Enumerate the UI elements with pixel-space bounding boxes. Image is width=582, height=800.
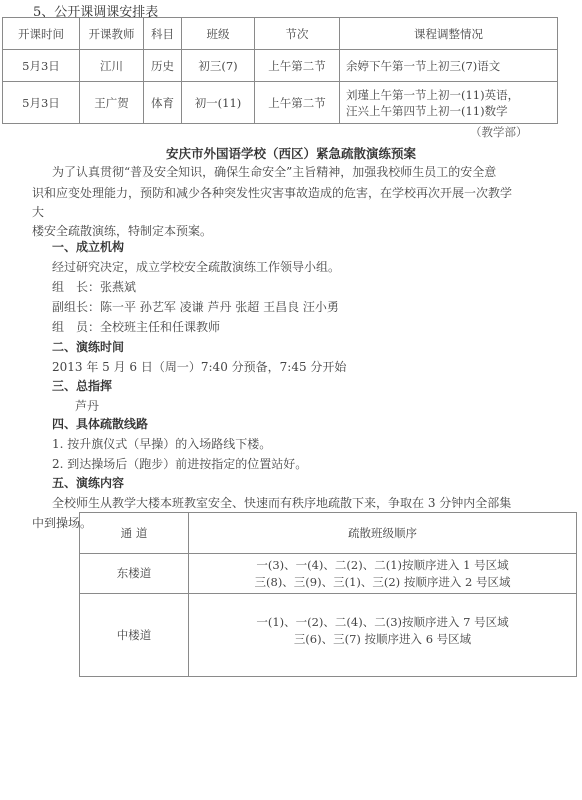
table-row: 东楼道 一(3)、一(4)、二(2)、二(1)按顺序进入 1 号区域 三(8)、… xyxy=(80,554,577,594)
adjustment-line: 余婷下午第一节上初三(7)语文 xyxy=(346,59,500,73)
section-text: 经过研究决定，成立学校安全疏散演练工作领导小组。 xyxy=(52,258,340,275)
header-cell: 疏散班级顺序 xyxy=(189,513,577,554)
cell-period: 上午第二节 xyxy=(255,50,340,82)
table-row: 5月3日 江川 历史 初三(7) 上午第二节 余婷下午第一节上初三(7)语文 xyxy=(3,50,558,82)
intro-line: 楼安全疏散演练，特制定本预案。 xyxy=(32,222,212,239)
table-row: 中楼道 一(1)、一(2)、二(4)、二(3)按顺序进入 7 号区域 三(6)、… xyxy=(80,594,577,677)
intro-line: 大 xyxy=(32,203,44,220)
header-cell: 班级 xyxy=(182,18,255,50)
cell-period: 上午第二节 xyxy=(255,82,340,124)
section-heading: 一、成立机构 xyxy=(52,238,124,255)
intro-line: 识和应变处理能力，预防和减少各种突发性灾害事故造成的危害，在学校再次开展一次教学 xyxy=(32,184,512,201)
section-text: 2013 年 5 月 6 日（周一）7:40 分预备，7:45 分开始 xyxy=(52,358,346,375)
table-header-row: 开课时间 开课教师 科目 班级 节次 课程调整情况 xyxy=(3,18,558,50)
header-cell: 通 道 xyxy=(80,513,189,554)
cell-date: 5月3日 xyxy=(3,82,80,124)
department-signature: （教学部） xyxy=(470,124,528,140)
section-heading: 五、演练内容 xyxy=(52,474,124,491)
header-cell: 课程调整情况 xyxy=(340,18,558,50)
section-heading: 二、演练时间 xyxy=(52,338,124,355)
cell-teacher: 江川 xyxy=(80,50,144,82)
cell-order: 一(1)、一(2)、二(4)、二(3)按顺序进入 7 号区域 三(6)、三(7)… xyxy=(189,594,577,677)
cell-class: 初一(11) xyxy=(182,82,255,124)
leader-line: 组 长：张燕斌 xyxy=(52,278,136,295)
adjustment-line: 汪兴上午第四节上初一(11)数学 xyxy=(346,103,557,119)
table-header-row: 通 道 疏散班级顺序 xyxy=(80,513,577,554)
table-row: 5月3日 王广贺 体育 初一(11) 上午第二节 刘瑾上午第一节上初一(11)英… xyxy=(3,82,558,124)
header-cell: 科目 xyxy=(144,18,182,50)
cell-adjustment: 余婷下午第一节上初三(7)语文 xyxy=(340,50,558,82)
route-item: 1. 按升旗仪式（早操）的入场路线下楼。 xyxy=(52,435,271,452)
adjustment-line: 刘瑾上午第一节上初一(11)英语， xyxy=(346,87,557,103)
order-line: 一(1)、一(2)、二(4)、二(3)按顺序进入 7 号区域 xyxy=(189,614,576,631)
members-line: 组 员：全校班主任和任课教师 xyxy=(52,318,220,335)
cell-date: 5月3日 xyxy=(3,50,80,82)
order-line: 三(6)、三(7) 按顺序进入 6 号区域 xyxy=(189,631,576,648)
deputies-line: 副组长：陈一平 孙艺军 凌谦 芦丹 张超 王昌良 汪小勇 xyxy=(52,298,339,315)
order-line: 三(8)、三(9)、三(1)、三(2) 按顺序进入 2 号区域 xyxy=(189,574,576,591)
cell-order: 一(3)、一(4)、二(2)、二(1)按顺序进入 1 号区域 三(8)、三(9)… xyxy=(189,554,577,594)
cell-adjustment: 刘瑾上午第一节上初一(11)英语， 汪兴上午第四节上初一(11)数学 xyxy=(340,82,558,124)
cell-channel: 中楼道 xyxy=(80,594,189,677)
cell-subject: 历史 xyxy=(144,50,182,82)
commander-name: 芦丹 xyxy=(75,397,99,414)
header-cell: 节次 xyxy=(255,18,340,50)
cell-subject: 体育 xyxy=(144,82,182,124)
section-text: 全校师生从教学大楼本班教室安全、快速而有秩序地疏散下来，争取在 3 分钟内全部集 xyxy=(52,494,511,511)
header-cell: 开课时间 xyxy=(3,18,80,50)
header-cell: 开课教师 xyxy=(80,18,144,50)
plan-title: 安庆市外国语学校（西区）紧急疏散演练预案 xyxy=(0,144,582,162)
schedule-table: 开课时间 开课教师 科目 班级 节次 课程调整情况 5月3日 江川 历史 初三(… xyxy=(2,17,558,124)
section-heading: 三、总指挥 xyxy=(52,377,112,394)
section-heading: 四、具体疏散线路 xyxy=(52,415,148,432)
cell-class: 初三(7) xyxy=(182,50,255,82)
cell-teacher: 王广贺 xyxy=(80,82,144,124)
order-line: 一(3)、一(4)、二(2)、二(1)按顺序进入 1 号区域 xyxy=(189,557,576,574)
evacuation-order-table: 通 道 疏散班级顺序 东楼道 一(3)、一(4)、二(2)、二(1)按顺序进入 … xyxy=(79,512,577,677)
route-item: 2. 到达操场后（跑步）前进按指定的位置站好。 xyxy=(52,455,307,472)
intro-line: 为了认真贯彻“普及安全知识，确保生命安全”主旨精神，加强我校师生员工的安全意 xyxy=(52,163,496,180)
cell-channel: 东楼道 xyxy=(80,554,189,594)
